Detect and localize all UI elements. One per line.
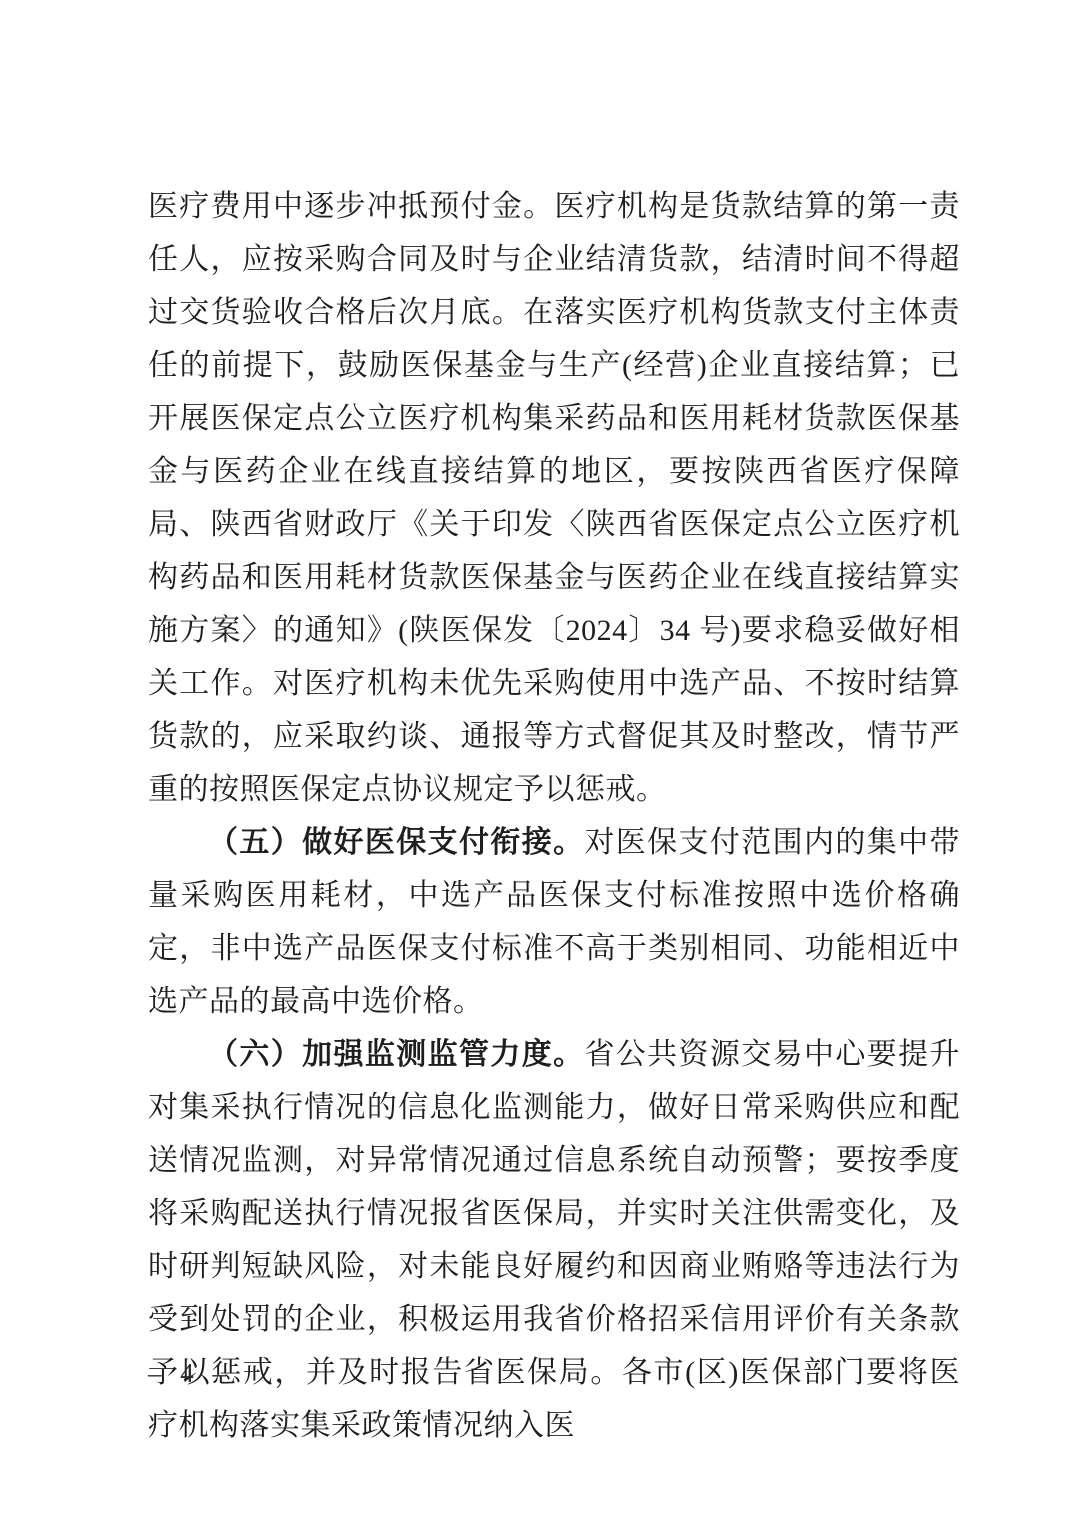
paragraph-section-6: （六）加强监测监管力度。省公共资源交易中心要提升对集采执行情况的信息化监测能力，…: [148, 1028, 960, 1452]
paragraph-continuation: 医疗费用中逐步冲抵预付金。医疗机构是货款结算的第一责任人，应按采购合同及时与企业…: [148, 180, 960, 816]
page-number: – 4 –: [148, 1358, 232, 1389]
paragraph-section-5: （五）做好医保支付衔接。对医保支付范围内的集中带量采购医用耗材，中选产品医保支付…: [148, 816, 960, 1028]
document-page: 医疗费用中逐步冲抵预付金。医疗机构是货款结算的第一责任人，应按采购合同及时与企业…: [0, 0, 1074, 1520]
body-text: 医疗费用中逐步冲抵预付金。医疗机构是货款结算的第一责任人，应按采购合同及时与企业…: [148, 180, 960, 1452]
paragraph-text: 省公共资源交易中心要提升对集采执行情况的信息化监测能力，做好日常采购供应和配送情…: [148, 1038, 960, 1442]
paragraph-text: 医疗费用中逐步冲抵预付金。医疗机构是货款结算的第一责任人，应按采购合同及时与企业…: [148, 190, 960, 806]
section-6-heading: （六）加强监测监管力度。: [208, 1038, 584, 1071]
section-5-heading: （五）做好医保支付衔接。: [208, 826, 584, 859]
